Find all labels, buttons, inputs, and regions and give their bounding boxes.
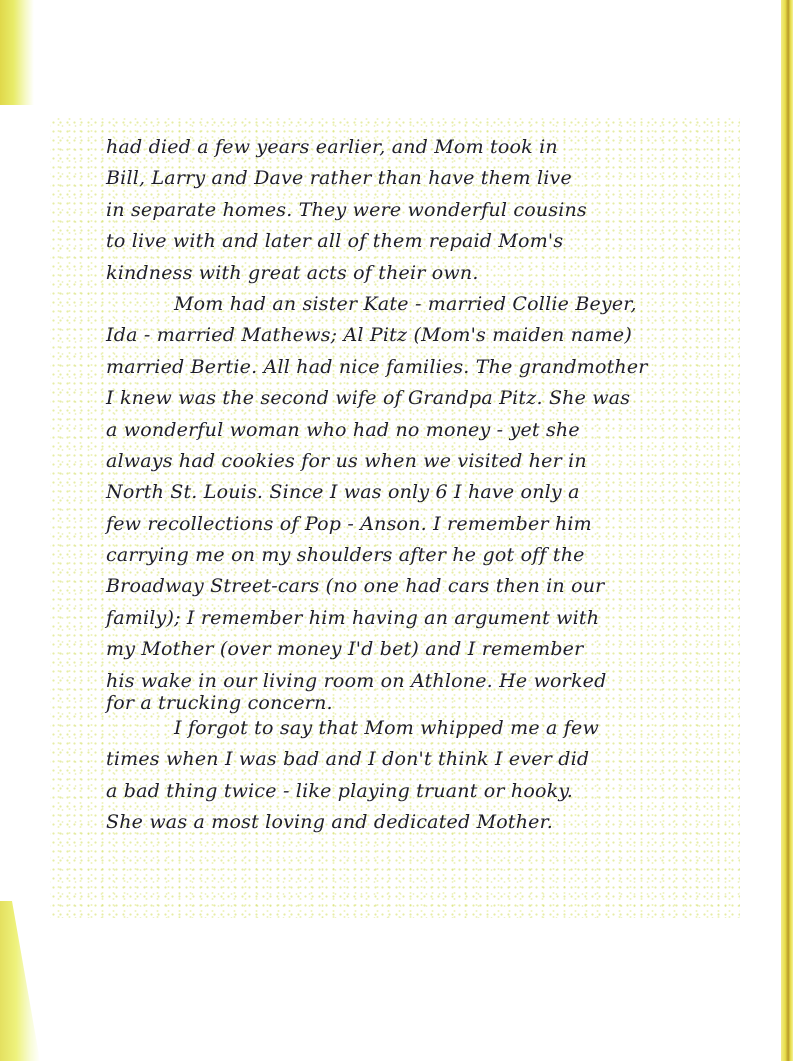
scan-edge-artifact-top-left [0,0,34,105]
text-line: a bad thing twice - like playing truant … [106,776,726,807]
paragraph-3: I forgot to say that Mom whipped me a fe… [106,713,726,839]
text-line: family); I remember him having an argume… [106,603,726,634]
text-line: Bill, Larry and Dave rather than have th… [106,163,726,194]
text-line: always had cookies for us when we visite… [106,446,726,477]
paragraph-2: Mom had an sister Kate - married Collie … [106,289,726,713]
text-line: had died a few years earlier, and Mom to… [106,132,726,163]
scan-edge-artifact-bottom-left [0,901,40,1061]
text-line: Ida - married Mathews; Al Pitz (Mom's ma… [106,320,726,351]
text-line: North St. Louis. Since I was only 6 I ha… [106,477,726,508]
text-line: to live with and later all of them repai… [106,226,726,257]
text-line: I knew was the second wife of Grandpa Pi… [106,383,726,414]
text-line: in separate homes. They were wonderful c… [106,195,726,226]
text-line: times when I was bad and I don't think I… [106,744,726,775]
text-line: married Bertie. All had nice families. T… [106,352,726,383]
text-line: a wonderful woman who had no money - yet… [106,415,726,446]
text-line: my Mother (over money I'd bet) and I rem… [106,634,726,665]
text-line: carrying me on my shoulders after he got… [106,540,726,571]
text-line: few recollections of Pop - Anson. I reme… [106,509,726,540]
scan-edge-artifact-right [781,0,793,1061]
text-line: kindness with great acts of their own. [106,258,726,289]
text-line: She was a most loving and dedicated Moth… [106,807,726,838]
text-line: Broadway Street-cars (no one had cars th… [106,571,726,602]
text-line: I forgot to say that Mom whipped me a fe… [106,713,726,744]
paragraph-1: had died a few years earlier, and Mom to… [106,132,726,289]
text-line: Mom had an sister Kate - married Collie … [106,289,726,320]
scanned-page: had died a few years earlier, and Mom to… [0,0,793,1061]
handwritten-letter-body: had died a few years earlier, and Mom to… [106,132,726,839]
